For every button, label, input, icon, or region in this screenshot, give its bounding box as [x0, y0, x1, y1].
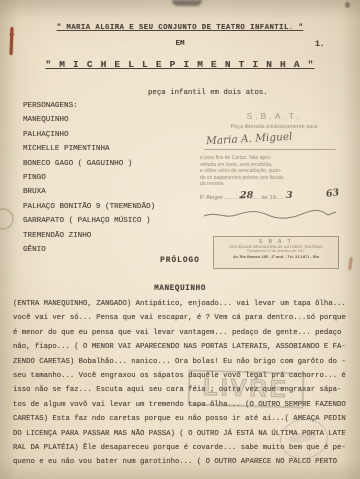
handwritten-day: 28 [240, 190, 253, 201]
speaker-name: MANEQUINHO [0, 285, 360, 293]
character-item: MANEQUINHO [23, 113, 155, 127]
character-item: GÊNIO [23, 243, 155, 257]
dialogue-line: você vai ver só... Pensa que vai escapar… [13, 311, 346, 325]
character-item: PALHAÇINHO [23, 128, 155, 142]
signature-scribble [202, 207, 342, 221]
corner-speck [345, 2, 350, 8]
typescript-page: " MARIA ALGIRA E SEU CONJUNTO DE TEATRO … [0, 0, 360, 479]
character-item: MICHELLE PIMENTINHA [23, 142, 155, 156]
character-item: TREMENDÃO ZINHO [23, 229, 155, 243]
character-item: PALHAÇO BONITÃO 9 (TREMENDÃO) [23, 200, 155, 214]
dialogue-line: ZENDO CARETAS) Bobalhão... nanico... Ora… [13, 355, 346, 369]
character-item: GARRAPATO ( PALHAÇO MÚSICO ) [23, 214, 155, 228]
handwritten-year: 63 [325, 187, 340, 200]
handwritten-month: 3 [286, 190, 293, 201]
character-item: PINGO [23, 171, 155, 185]
character-list: PERSONAGENS: MANEQUINHO PALHAÇINHO MICHE… [23, 99, 155, 257]
company-title: " MARIA ALGIRA E SEU CONJUNTO DE TEATRO … [0, 24, 360, 32]
dialogue-line: é menor do que eu pensa que vai levar va… [13, 326, 346, 340]
character-item: BRUXA [23, 185, 155, 199]
stamp-founded-line: Fundada em 27 de Setembro de 1917 [214, 249, 338, 253]
prologue-heading: PRÓLOGO [0, 257, 360, 265]
dialogue-line: não, fiapo... ( O MENOR VAI APARECENDO N… [13, 340, 346, 354]
em-word: EM [0, 40, 360, 48]
livre-stamp-text: LIVRE [203, 374, 289, 404]
stamp-org-name: S.B.A.T. [198, 111, 350, 121]
character-list-heading: PERSONAGENS: [23, 99, 155, 113]
dialogue-line: (ENTRA MANEQUINHO, ZANGADO) Antipático, … [13, 297, 346, 311]
stamp-intro-text: Peça liberada exclusivamente para [198, 124, 350, 130]
character-item: BONECO GAGO ( GAGUINHO ) [23, 157, 155, 171]
sbat-release-stamp: S.B.A.T. Peça liberada exclusivamente pa… [198, 111, 350, 130]
stamp-fine-print: e para fins de Cartaz. Não apro- veitada… [200, 155, 348, 188]
play-title: " M I C H E L L E P I M E N T I N H A " [0, 59, 360, 70]
page-number: 1. [315, 40, 325, 49]
livre-censorship-stamp: LIVRE [188, 369, 305, 408]
hole-punch-ring [0, 208, 14, 230]
handwritten-name: Maria A. Miguel [206, 131, 293, 148]
ink-smudge [172, 0, 202, 6]
signature-underline [204, 149, 336, 150]
play-subtitle: peça infantil em dois atos. [148, 89, 268, 97]
